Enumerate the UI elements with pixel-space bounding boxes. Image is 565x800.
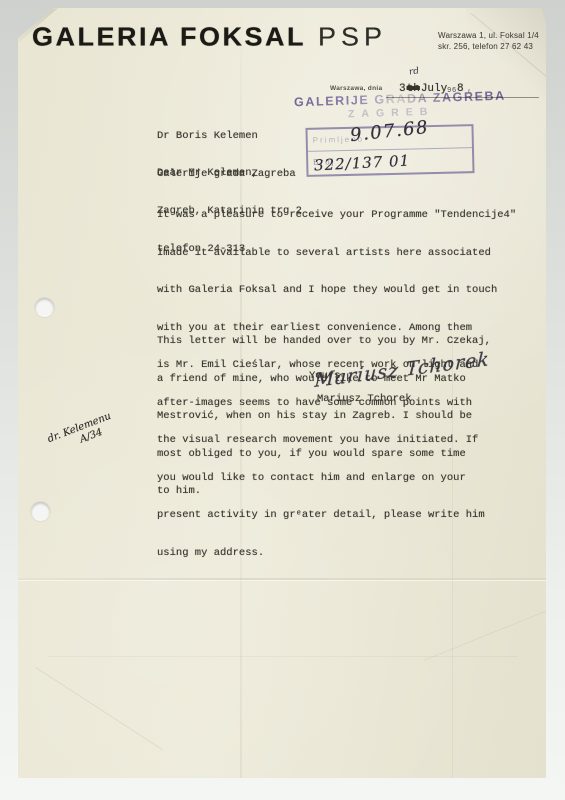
crease-line bbox=[424, 596, 565, 661]
margin-annotation: dr. Kelemenu A/34 bbox=[46, 411, 117, 456]
body-line: It was a pleasure to receive your Progra… bbox=[157, 209, 516, 222]
letterhead-address: Warszawa 1, ul. Foksal 1/4 skr. 256, tel… bbox=[438, 30, 548, 52]
typed-signature-name: Mariusz Tchorek bbox=[317, 393, 412, 406]
letterhead-address-line2: skr. 256, telefon 27 62 43 bbox=[438, 41, 548, 52]
dateline-printed-label: Warszawa, dnia bbox=[330, 85, 382, 92]
body-line: with Galeria Foksal and I hope they woul… bbox=[157, 284, 516, 297]
scan-background: GALERIA FOKSALPSP Warszawa 1, ul. Foksal… bbox=[0, 0, 565, 800]
letterhead-address-line1: Warszawa 1, ul. Foksal 1/4 bbox=[438, 30, 548, 41]
body-line: This letter will be handed over to you b… bbox=[157, 335, 491, 348]
punch-hole-bottom bbox=[31, 502, 50, 521]
body-line: to him. bbox=[157, 485, 491, 498]
body-line: using my address. bbox=[157, 547, 516, 560]
body-line: Mestrović, when on his stay in Zagreb. I… bbox=[157, 410, 491, 423]
letterhead-title: GALERIA FOKSALPSP bbox=[32, 23, 387, 53]
crease-line bbox=[48, 656, 518, 657]
salutation: Dear Mr Kelemen, bbox=[157, 167, 258, 180]
handwritten-ordinal: rd bbox=[408, 66, 419, 77]
gallery-suffix-text: PSP bbox=[318, 23, 387, 52]
gallery-name-text: GALERIA FOKSAL bbox=[32, 23, 306, 52]
body-line: most obliged to you, if you would spare … bbox=[157, 448, 491, 461]
crease-line bbox=[36, 667, 162, 750]
punch-hole-top bbox=[35, 298, 54, 317]
recipient-line: Dr Boris Kelemen bbox=[157, 130, 302, 143]
letter-paper: GALERIA FOKSALPSP Warszawa 1, ul. Foksal… bbox=[18, 8, 546, 778]
body-paragraph-2: This letter will be handed over to you b… bbox=[157, 310, 491, 523]
body-line: Imade it available to several artists he… bbox=[157, 247, 516, 260]
